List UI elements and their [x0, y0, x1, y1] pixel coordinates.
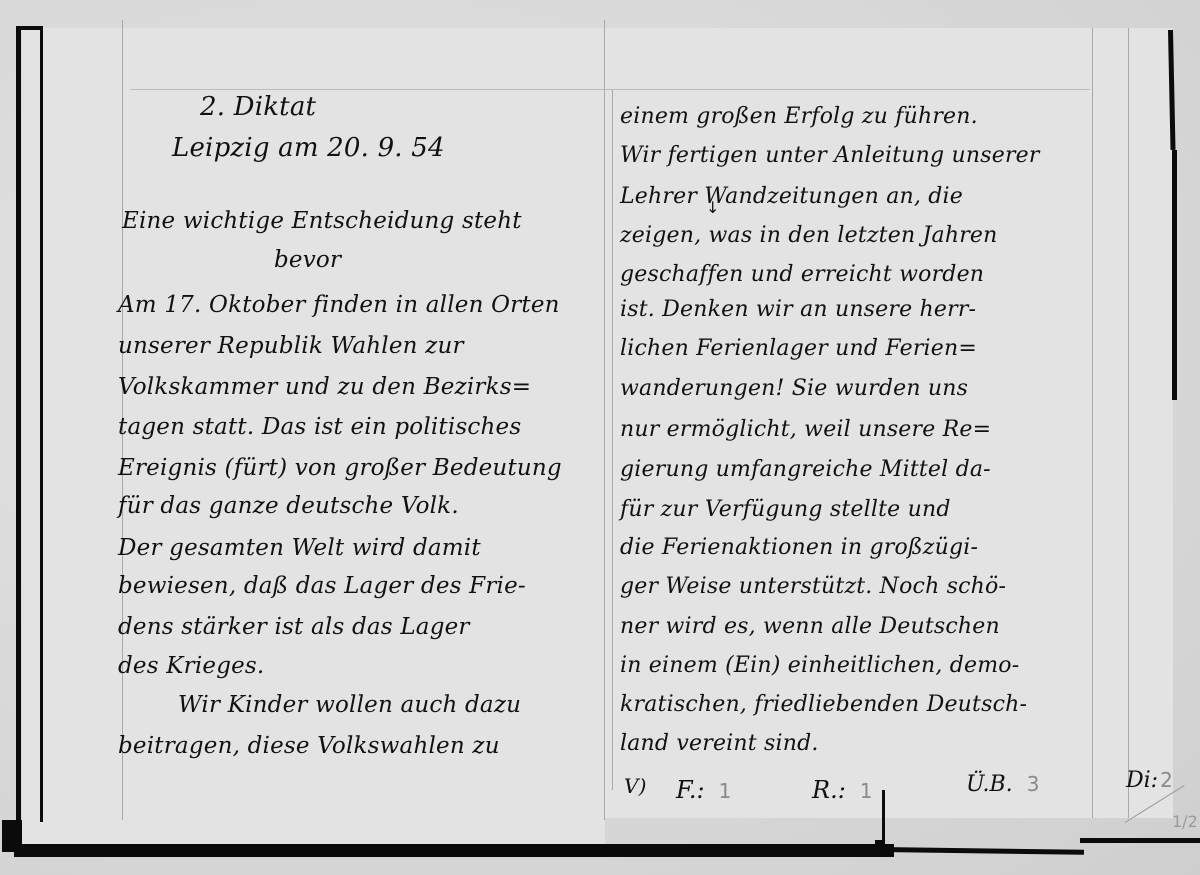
right-line: zeigen, was in den letzten Jahren [620, 223, 998, 248]
grade-item-di: Di:2 [1126, 768, 1173, 793]
dictation-title: 2. Diktat [200, 92, 316, 122]
frame-line [14, 844, 894, 857]
grade-value: 1 [860, 779, 873, 803]
right-line: ger Weise unterstützt. Noch schö- [620, 574, 1006, 599]
right-line: Wir fertigen unter Anleitung unserer [620, 143, 1040, 168]
right-page-outer-margin [1128, 28, 1129, 818]
grade-label: F.: [676, 776, 705, 804]
grade-item-r: R.:1 [812, 776, 873, 804]
right-line: für zur Verfügung stellte und [620, 497, 951, 522]
grade-value: 1 [719, 779, 732, 803]
left-line: Volkskammer und zu den Bezirks= [118, 374, 531, 400]
grade-marker: V) [624, 774, 647, 798]
grade-value: 3 [1027, 772, 1040, 796]
left-line: des Krieges. [118, 653, 264, 679]
right-line: lichen Ferienlager und Ferien= [620, 336, 977, 361]
dictation-heading-line2: bevor [274, 247, 341, 273]
right-line: wanderungen! Sie wurden uns [620, 376, 968, 401]
frame-line [1080, 838, 1200, 843]
place-date: Leipzig am 20. 9. 54 [172, 133, 445, 163]
right-line: nur ermöglicht, weil unsere Re= [620, 417, 991, 442]
right-edge-margin-rule [1092, 28, 1093, 818]
left-line: dens stärker ist als das Lager [118, 614, 470, 640]
left-line: beitragen, diese Volkswahlen zu [118, 733, 500, 759]
left-line: unserer Republik Wahlen zur [118, 333, 464, 359]
right-line: Lehrer Wandzeitungen an, die [620, 184, 963, 209]
right-line: geschaffen und erreicht worden [620, 262, 984, 287]
dictation-heading-line1: Eine wichtige Entscheidung steht [122, 208, 522, 234]
frame-line [16, 30, 21, 820]
top-page-rule [130, 89, 1090, 90]
right-line: ner wird es, wenn alle Deutschen [620, 614, 1000, 639]
left-line: Am 17. Oktober finden in allen Orten [118, 292, 560, 318]
frame-line [882, 790, 885, 845]
right-line: ist. Denken wir an unsere herr- [620, 297, 976, 322]
right-line: einem großen Erfolg zu führen. [620, 104, 978, 129]
grade-item-ub: Ü.B.3 [966, 772, 1039, 797]
frame-line [16, 26, 43, 30]
grade-label: Di: [1126, 768, 1158, 793]
right-line: in einem (Ein) einheitlichen, demo- [620, 653, 1019, 678]
insert-arrow-icon: ↓ [706, 198, 719, 217]
grade-value: 2 [1160, 768, 1173, 792]
grade-label: R.: [812, 776, 846, 804]
right-page-margin-rule [612, 90, 613, 790]
frame-line [40, 26, 43, 822]
right-line: kratischen, friedliebenden Deutsch- [620, 692, 1027, 717]
right-line: die Ferienaktionen in großzügi- [620, 535, 978, 560]
page-fold-rule [604, 20, 605, 820]
left-line: tagen statt. Das ist ein politisches [118, 414, 521, 440]
right-line: land vereint sind. [620, 731, 819, 756]
grade-item-f: F.:1 [676, 776, 731, 804]
left-line: Wir Kinder wollen auch dazu [178, 692, 521, 718]
frame-line [1172, 150, 1177, 400]
grade-label: Ü.B. [966, 772, 1013, 797]
left-line: Der gesamten Welt wird damit [118, 535, 481, 561]
left-line: für das ganze deutsche Volk. [118, 493, 459, 519]
left-line: bewiesen, daß das Lager des Frie- [118, 573, 526, 599]
right-line: gierung umfangreiche Mittel da- [620, 457, 991, 482]
left-line: Ereignis (fürt) von großer Bedeutung [118, 455, 562, 481]
fraction-note: 1/2 [1172, 812, 1198, 831]
